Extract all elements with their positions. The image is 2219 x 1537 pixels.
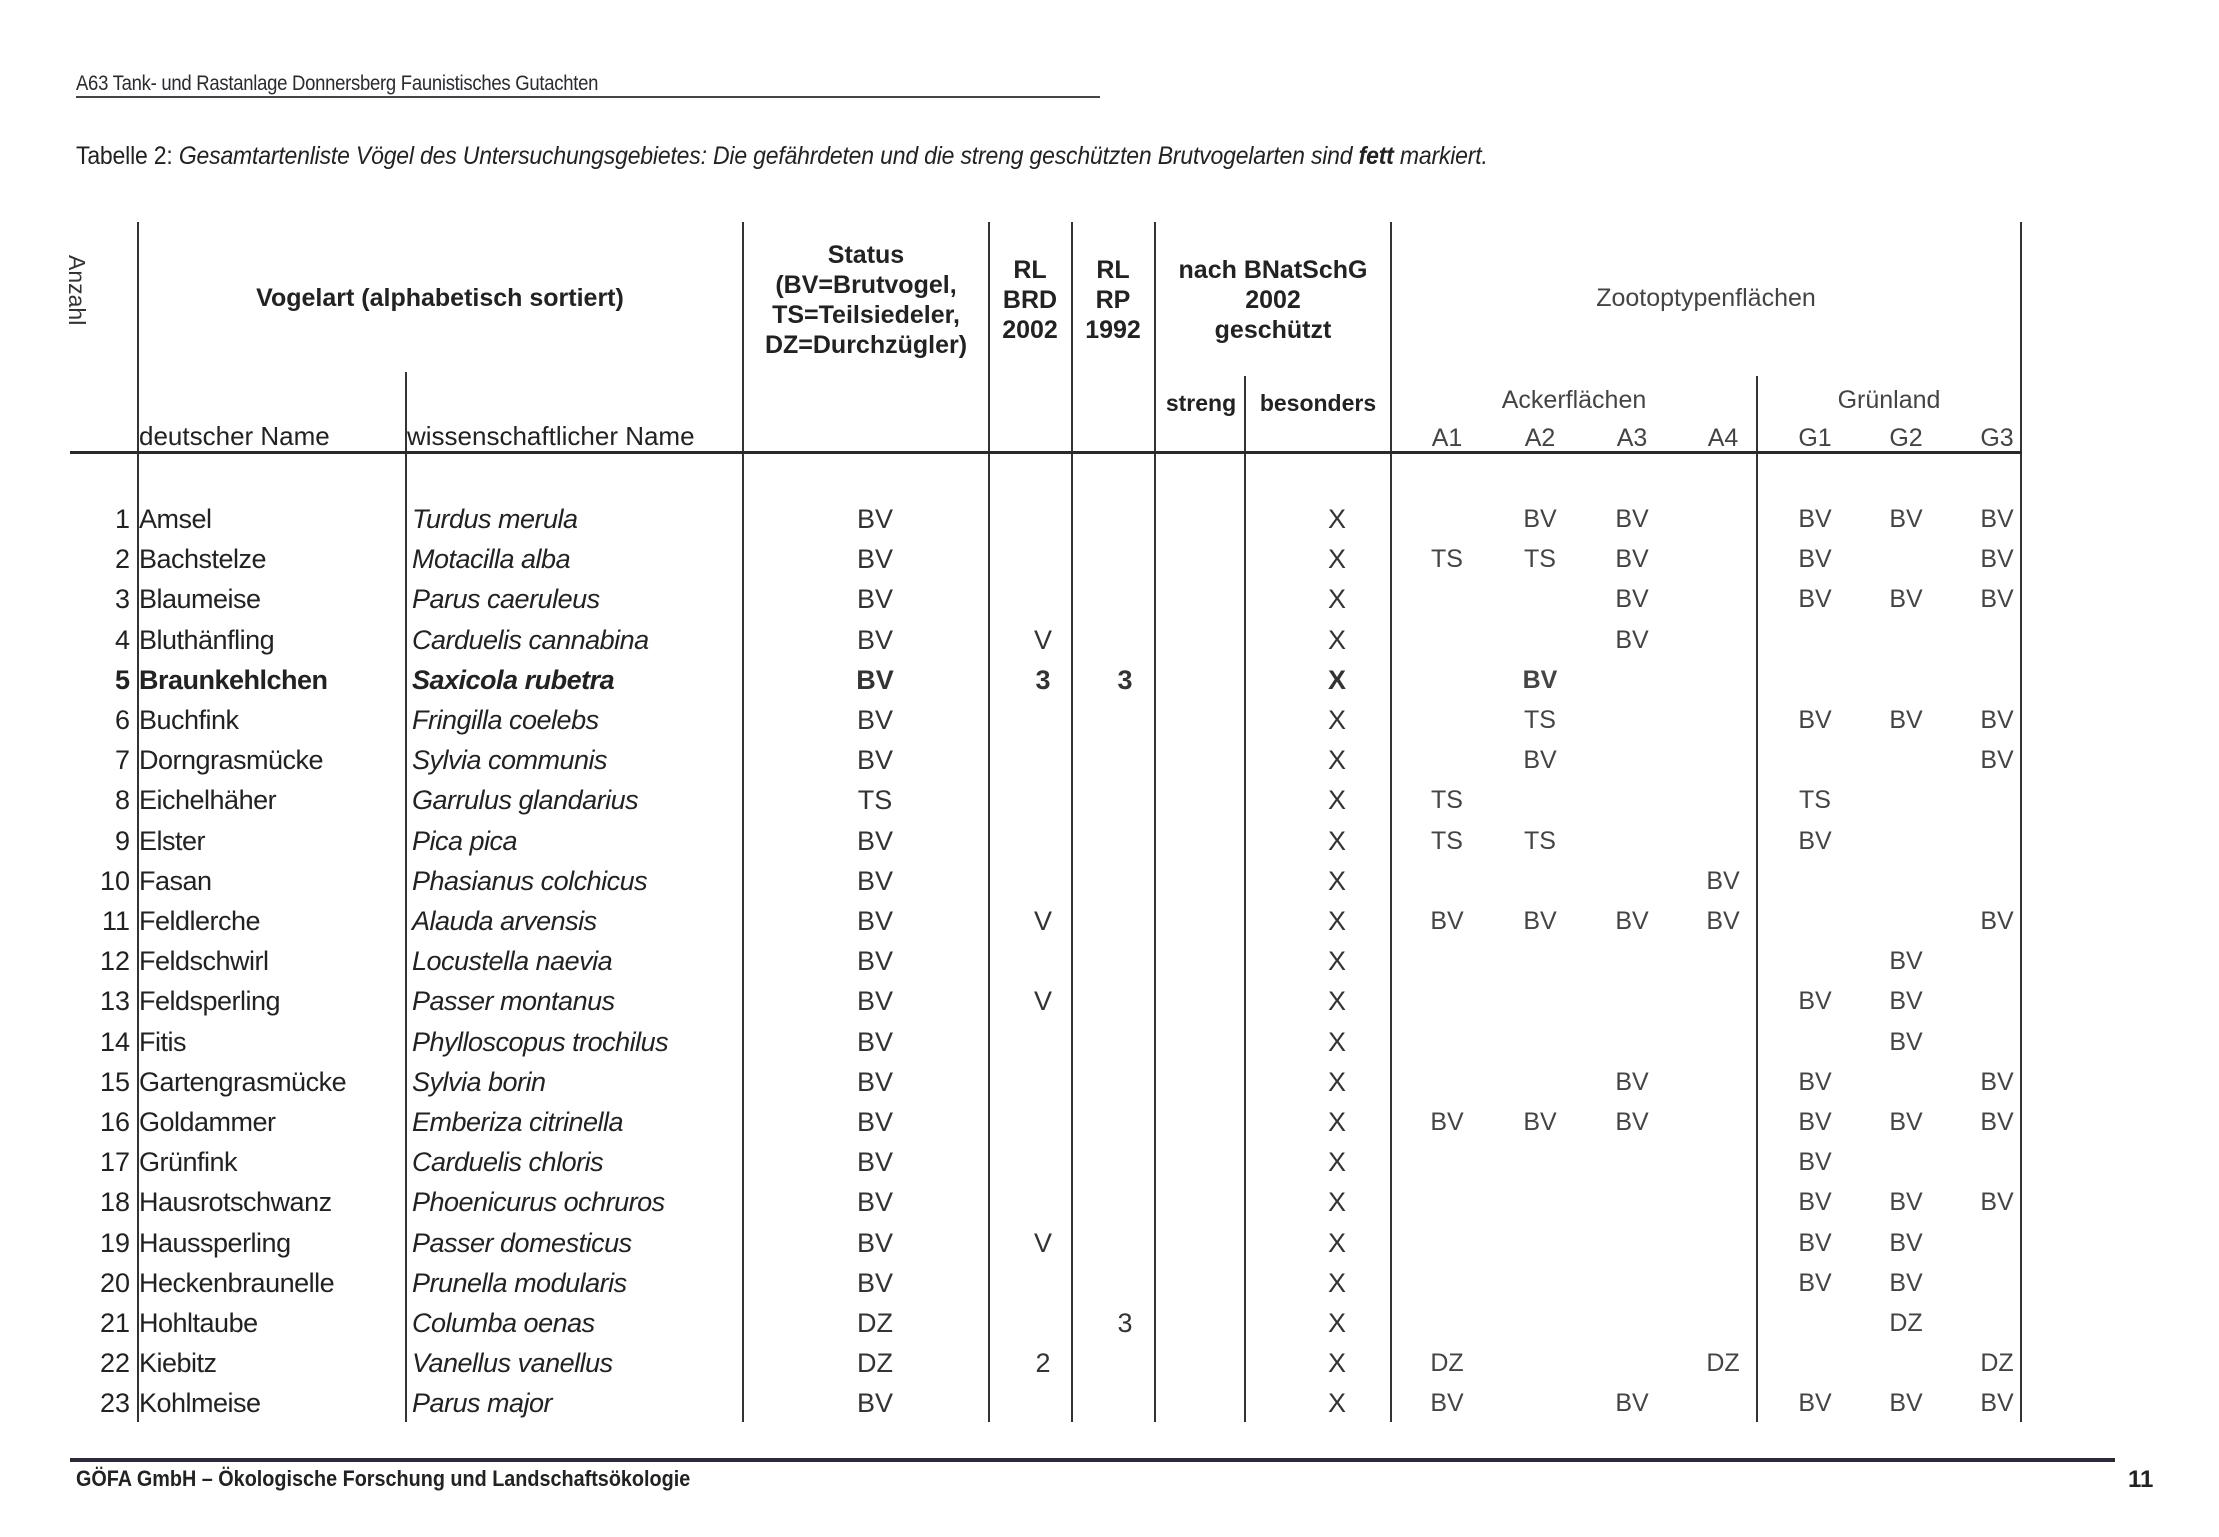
header-wissenschaftlicher-name: wissenschaftlicher Name bbox=[407, 421, 695, 452]
zone-a2-cell: TS bbox=[1500, 539, 1580, 579]
status-cell: BV bbox=[820, 901, 930, 941]
table-row: 12FeldschwirlLocustella naeviaBVXBV bbox=[0, 941, 2219, 981]
row-number-cell: 14 bbox=[70, 1022, 130, 1062]
zone-g3-cell: BV bbox=[1957, 901, 2037, 941]
zone-g1-cell: BV bbox=[1775, 700, 1855, 740]
header-zone-a2: A2 bbox=[1500, 424, 1580, 453]
table-row: 5BraunkehlchenSaxicola rubetraBV33XBV bbox=[0, 660, 2219, 700]
header-ackerflaechen: Ackerflächen bbox=[1392, 386, 1756, 415]
scientific-name-cell: Phoenicurus ochruros bbox=[412, 1182, 665, 1222]
footer-organization: GÖFA GmbH – Ökologische Forschung und La… bbox=[76, 1466, 690, 1492]
german-name-cell: Feldsperling bbox=[139, 981, 280, 1021]
zone-g1-cell: TS bbox=[1775, 780, 1855, 820]
scientific-name-cell: Emberiza citrinella bbox=[412, 1102, 623, 1142]
table-row: 20HeckenbraunellePrunella modularisBVXBV… bbox=[0, 1263, 2219, 1303]
status-cell: BV bbox=[820, 660, 930, 700]
besonders-cell: X bbox=[1262, 1343, 1412, 1383]
table-row: 1AmselTurdus merulaBVXBVBVBVBVBV bbox=[0, 499, 2219, 539]
besonders-cell: X bbox=[1262, 620, 1412, 660]
row-number-cell: 20 bbox=[70, 1263, 130, 1303]
zone-a2-cell: BV bbox=[1500, 1102, 1580, 1142]
rl-rp-cell: 3 bbox=[1085, 660, 1165, 700]
german-name-cell: Kohlmeise bbox=[139, 1383, 261, 1423]
table-row: 22KiebitzVanellus vanellusDZ2XDZDZDZ bbox=[0, 1343, 2219, 1383]
row-number-cell: 13 bbox=[70, 981, 130, 1021]
scientific-name-cell: Vanellus vanellus bbox=[412, 1343, 613, 1383]
status-cell: BV bbox=[820, 1062, 930, 1102]
zone-g3-cell: BV bbox=[1957, 740, 2037, 780]
german-name-cell: Hausrotschwanz bbox=[139, 1182, 332, 1222]
zone-a1-cell: TS bbox=[1407, 821, 1487, 861]
zone-a3-cell: BV bbox=[1592, 1383, 1672, 1423]
scientific-name-cell: Sylvia borin bbox=[412, 1062, 546, 1102]
row-number-cell: 10 bbox=[70, 861, 130, 901]
zone-g2-cell: BV bbox=[1866, 1223, 1946, 1263]
scientific-name-cell: Garrulus glandarius bbox=[412, 780, 638, 820]
zone-g1-cell: BV bbox=[1775, 1383, 1855, 1423]
zone-a3-cell: BV bbox=[1592, 579, 1672, 619]
besonders-cell: X bbox=[1262, 700, 1412, 740]
row-number-cell: 6 bbox=[70, 700, 130, 740]
table-caption: Tabelle 2: Gesamtartenliste Vögel des Un… bbox=[76, 142, 1488, 171]
zone-a1-cell: BV bbox=[1407, 901, 1487, 941]
besonders-cell: X bbox=[1262, 1062, 1412, 1102]
header-rl-brd-line1: RL bbox=[990, 255, 1070, 285]
header-zootop: Zootoptypenflächen bbox=[1392, 284, 2020, 313]
zone-a2-cell: BV bbox=[1500, 499, 1580, 539]
status-cell: BV bbox=[820, 1263, 930, 1303]
zone-g2-cell: BV bbox=[1866, 981, 1946, 1021]
german-name-cell: Bluthänfling bbox=[139, 620, 274, 660]
besonders-cell: X bbox=[1262, 981, 1412, 1021]
header-streng: streng bbox=[1158, 388, 1244, 418]
table-row: 15GartengrasmückeSylvia borinBVXBVBVBV bbox=[0, 1062, 2219, 1102]
zone-a1-cell: DZ bbox=[1407, 1343, 1487, 1383]
status-cell: BV bbox=[820, 1182, 930, 1222]
header-status-line4: DZ=Durchzügler) bbox=[744, 330, 988, 360]
header-rl-rp-line3: 1992 bbox=[1073, 315, 1153, 345]
header-rl-brd: RL BRD 2002 bbox=[990, 255, 1070, 345]
status-cell: DZ bbox=[820, 1303, 930, 1343]
status-cell: BV bbox=[820, 620, 930, 660]
header-deutscher-name: deutscher Name bbox=[139, 421, 330, 452]
table-row: 7DorngrasmückeSylvia communisBVXBVBV bbox=[0, 740, 2219, 780]
status-cell: BV bbox=[820, 1102, 930, 1142]
row-number-cell: 8 bbox=[70, 780, 130, 820]
row-number-cell: 12 bbox=[70, 941, 130, 981]
zone-a3-cell: BV bbox=[1592, 539, 1672, 579]
status-cell: BV bbox=[820, 1223, 930, 1263]
header-status-line3: TS=Teilsiedeler, bbox=[744, 300, 988, 330]
header-rl-brd-line2: BRD bbox=[990, 285, 1070, 315]
zone-g3-cell: BV bbox=[1957, 1102, 2037, 1142]
zone-g1-cell: BV bbox=[1775, 821, 1855, 861]
table-row: 19HaussperlingPasser domesticusBVVXBVBV bbox=[0, 1223, 2219, 1263]
german-name-cell: Hohltaube bbox=[139, 1303, 258, 1343]
header-zone-g3: G3 bbox=[1957, 424, 2037, 453]
status-cell: TS bbox=[820, 780, 930, 820]
german-name-cell: Bachstelze bbox=[139, 539, 266, 579]
rl-brd-cell: V bbox=[1003, 981, 1083, 1021]
scientific-name-cell: Parus caeruleus bbox=[412, 579, 600, 619]
german-name-cell: Dorngrasmücke bbox=[139, 740, 323, 780]
row-number-cell: 1 bbox=[70, 499, 130, 539]
zone-a4-cell: BV bbox=[1683, 901, 1763, 941]
scientific-name-cell: Columba oenas bbox=[412, 1303, 595, 1343]
caption-label: Tabelle 2: bbox=[76, 142, 179, 170]
besonders-cell: X bbox=[1262, 579, 1412, 619]
zone-g3-cell: DZ bbox=[1957, 1343, 2037, 1383]
table-row: 13FeldsperlingPasser montanusBVVXBVBV bbox=[0, 981, 2219, 1021]
scientific-name-cell: Parus major bbox=[412, 1383, 552, 1423]
row-number-cell: 18 bbox=[70, 1182, 130, 1222]
status-cell: BV bbox=[820, 1383, 930, 1423]
header-zone-g1: G1 bbox=[1775, 424, 1855, 453]
row-number-cell: 16 bbox=[70, 1102, 130, 1142]
besonders-cell: X bbox=[1262, 539, 1412, 579]
table-row: 6BuchfinkFringilla coelebsBVXTSBVBVBV bbox=[0, 700, 2219, 740]
german-name-cell: Gartengrasmücke bbox=[139, 1062, 346, 1102]
row-number-cell: 7 bbox=[70, 740, 130, 780]
zone-g1-cell: BV bbox=[1775, 1263, 1855, 1303]
zone-a1-cell: BV bbox=[1407, 1102, 1487, 1142]
besonders-cell: X bbox=[1262, 941, 1412, 981]
header-besonders: besonders bbox=[1246, 388, 1390, 418]
header-bnatschg-line3: geschützt bbox=[1156, 315, 1390, 345]
zone-a2-cell: TS bbox=[1500, 700, 1580, 740]
status-cell: BV bbox=[820, 1142, 930, 1182]
table-row: 18HausrotschwanzPhoenicurus ochrurosBVXB… bbox=[0, 1182, 2219, 1222]
besonders-cell: X bbox=[1262, 1303, 1412, 1343]
german-name-cell: Haussperling bbox=[139, 1223, 291, 1263]
table-row: 11FeldlercheAlauda arvensisBVVXBVBVBVBVB… bbox=[0, 901, 2219, 941]
header-rl-rp: RL RP 1992 bbox=[1073, 255, 1153, 345]
header-status-line1: Status bbox=[744, 240, 988, 270]
besonders-cell: X bbox=[1262, 660, 1412, 700]
table-row: 8EichelhäherGarrulus glandariusTSXTSTS bbox=[0, 780, 2219, 820]
german-name-cell: Fasan bbox=[139, 861, 212, 901]
header-zone-a3: A3 bbox=[1592, 424, 1672, 453]
german-name-cell: Feldlerche bbox=[139, 901, 260, 941]
header-gruenland: Grünland bbox=[1758, 386, 2020, 415]
scientific-name-cell: Carduelis chloris bbox=[412, 1142, 603, 1182]
german-name-cell: Kiebitz bbox=[139, 1343, 217, 1383]
zone-g3-cell: BV bbox=[1957, 1182, 2037, 1222]
german-name-cell: Braunkehlchen bbox=[139, 660, 328, 700]
zone-g1-cell: BV bbox=[1775, 539, 1855, 579]
zone-g3-cell: BV bbox=[1957, 700, 2037, 740]
zone-g1-cell: BV bbox=[1775, 1102, 1855, 1142]
zone-g3-cell: BV bbox=[1957, 579, 2037, 619]
zone-g2-cell: BV bbox=[1866, 1263, 1946, 1303]
scientific-name-cell: Motacilla alba bbox=[412, 539, 570, 579]
german-name-cell: Elster bbox=[139, 821, 205, 861]
scientific-name-cell: Turdus merula bbox=[412, 499, 578, 539]
row-number-cell: 9 bbox=[70, 821, 130, 861]
zone-g1-cell: BV bbox=[1775, 1062, 1855, 1102]
zone-g2-cell: DZ bbox=[1866, 1303, 1946, 1343]
scientific-name-cell: Phasianus colchicus bbox=[412, 861, 647, 901]
table-row: 16GoldammerEmberiza citrinellaBVXBVBVBVB… bbox=[0, 1102, 2219, 1142]
status-cell: BV bbox=[820, 1022, 930, 1062]
header-zone-a1: A1 bbox=[1407, 424, 1487, 453]
zone-g3-cell: BV bbox=[1957, 539, 2037, 579]
zone-a1-cell: BV bbox=[1407, 1383, 1487, 1423]
row-number-cell: 19 bbox=[70, 1223, 130, 1263]
table-row: 4BluthänflingCarduelis cannabinaBVVXBV bbox=[0, 620, 2219, 660]
besonders-cell: X bbox=[1262, 1263, 1412, 1303]
scientific-name-cell: Passer domesticus bbox=[412, 1223, 632, 1263]
zone-a3-cell: BV bbox=[1592, 499, 1672, 539]
footer-rule bbox=[70, 1458, 2115, 1462]
zone-g1-cell: BV bbox=[1775, 579, 1855, 619]
row-number-cell: 5 bbox=[70, 660, 130, 700]
scientific-name-cell: Phylloscopus trochilus bbox=[412, 1022, 668, 1062]
table-row: 21HohltaubeColumba oenasDZ3XDZ bbox=[0, 1303, 2219, 1343]
running-head: A63 Tank- und Rastanlage Donnersberg Fau… bbox=[76, 72, 598, 96]
zone-g2-cell: BV bbox=[1866, 1383, 1946, 1423]
header-rl-brd-line3: 2002 bbox=[990, 315, 1070, 345]
table-row: 2BachstelzeMotacilla albaBVXTSTSBVBVBV bbox=[0, 539, 2219, 579]
zone-a2-cell: TS bbox=[1500, 821, 1580, 861]
rl-brd-cell: 2 bbox=[1003, 1343, 1083, 1383]
row-number-cell: 23 bbox=[70, 1383, 130, 1423]
besonders-cell: X bbox=[1262, 1182, 1412, 1222]
besonders-cell: X bbox=[1262, 1102, 1412, 1142]
status-cell: BV bbox=[820, 740, 930, 780]
zone-g2-cell: BV bbox=[1866, 1022, 1946, 1062]
besonders-cell: X bbox=[1262, 1223, 1412, 1263]
besonders-cell: X bbox=[1262, 780, 1412, 820]
status-cell: BV bbox=[820, 941, 930, 981]
scientific-name-cell: Carduelis cannabina bbox=[412, 620, 649, 660]
header-status-line2: (BV=Brutvogel, bbox=[744, 270, 988, 300]
header-bnatschg-line2: 2002 bbox=[1156, 285, 1390, 315]
status-cell: BV bbox=[820, 499, 930, 539]
besonders-cell: X bbox=[1262, 499, 1412, 539]
row-number-cell: 3 bbox=[70, 579, 130, 619]
zone-g2-cell: BV bbox=[1866, 700, 1946, 740]
zone-a2-cell: BV bbox=[1500, 901, 1580, 941]
caption-text: Gesamtartenliste Vögel des Untersuchungs… bbox=[179, 142, 1359, 170]
zone-g2-cell: BV bbox=[1866, 941, 1946, 981]
zone-a4-cell: BV bbox=[1683, 861, 1763, 901]
scientific-name-cell: Fringilla coelebs bbox=[412, 700, 599, 740]
status-cell: BV bbox=[820, 821, 930, 861]
zone-a3-cell: BV bbox=[1592, 1102, 1672, 1142]
header-zone-g2: G2 bbox=[1866, 424, 1946, 453]
zone-a2-cell: BV bbox=[1500, 660, 1580, 700]
header-status: Status (BV=Brutvogel, TS=Teilsiedeler, D… bbox=[744, 240, 988, 360]
row-number-cell: 21 bbox=[70, 1303, 130, 1343]
scientific-name-cell: Prunella modularis bbox=[412, 1263, 627, 1303]
besonders-cell: X bbox=[1262, 901, 1412, 941]
rl-brd-cell: V bbox=[1003, 620, 1083, 660]
zone-g3-cell: BV bbox=[1957, 1383, 2037, 1423]
zone-g2-cell: BV bbox=[1866, 579, 1946, 619]
zone-a3-cell: BV bbox=[1592, 1062, 1672, 1102]
german-name-cell: Grünfink bbox=[139, 1142, 237, 1182]
row-number-cell: 15 bbox=[70, 1062, 130, 1102]
header-rl-rp-line2: RP bbox=[1073, 285, 1153, 315]
rl-brd-cell: V bbox=[1003, 901, 1083, 941]
header-zone-a4: A4 bbox=[1683, 424, 1763, 453]
table-row: 3BlaumeiseParus caeruleusBVXBVBVBVBV bbox=[0, 579, 2219, 619]
zone-g2-cell: BV bbox=[1866, 499, 1946, 539]
row-number-cell: 22 bbox=[70, 1343, 130, 1383]
table-row: 17GrünfinkCarduelis chlorisBVXBV bbox=[0, 1142, 2219, 1182]
status-cell: DZ bbox=[820, 1343, 930, 1383]
besonders-cell: X bbox=[1262, 1383, 1412, 1423]
header-rl-rp-line1: RL bbox=[1073, 255, 1153, 285]
status-cell: BV bbox=[820, 861, 930, 901]
zone-g1-cell: BV bbox=[1775, 499, 1855, 539]
status-cell: BV bbox=[820, 579, 930, 619]
row-number-cell: 11 bbox=[70, 901, 130, 941]
besonders-cell: X bbox=[1262, 740, 1412, 780]
scientific-name-cell: Pica pica bbox=[412, 821, 517, 861]
german-name-cell: Fitis bbox=[139, 1022, 186, 1062]
scientific-name-cell: Alauda arvensis bbox=[412, 901, 597, 941]
status-cell: BV bbox=[820, 981, 930, 1021]
zone-g1-cell: BV bbox=[1775, 1223, 1855, 1263]
running-head-rule bbox=[76, 96, 1100, 98]
zone-a2-cell: BV bbox=[1500, 740, 1580, 780]
zone-a4-cell: DZ bbox=[1683, 1343, 1763, 1383]
zone-g1-cell: BV bbox=[1775, 981, 1855, 1021]
table-row: 23KohlmeiseParus majorBVXBVBVBVBVBV bbox=[0, 1383, 2219, 1423]
german-name-cell: Heckenbraunelle bbox=[139, 1263, 334, 1303]
besonders-cell: X bbox=[1262, 861, 1412, 901]
rl-rp-cell: 3 bbox=[1085, 1303, 1165, 1343]
table-row: 10FasanPhasianus colchicusBVXBV bbox=[0, 861, 2219, 901]
zone-g2-cell: BV bbox=[1866, 1102, 1946, 1142]
status-cell: BV bbox=[820, 539, 930, 579]
zone-g3-cell: BV bbox=[1957, 499, 2037, 539]
zone-g1-cell: BV bbox=[1775, 1182, 1855, 1222]
scientific-name-cell: Saxicola rubetra bbox=[412, 660, 614, 700]
german-name-cell: Goldammer bbox=[139, 1102, 276, 1142]
row-number-cell: 2 bbox=[70, 539, 130, 579]
header-anzahl: Anzahl bbox=[63, 255, 90, 325]
zone-a1-cell: TS bbox=[1407, 539, 1487, 579]
scientific-name-cell: Locustella naevia bbox=[412, 941, 612, 981]
german-name-cell: Blaumeise bbox=[139, 579, 261, 619]
rl-brd-cell: V bbox=[1003, 1223, 1083, 1263]
header-vogelart: Vogelart (alphabetisch sortiert) bbox=[140, 283, 740, 313]
besonders-cell: X bbox=[1262, 1022, 1412, 1062]
german-name-cell: Amsel bbox=[139, 499, 212, 539]
zone-a3-cell: BV bbox=[1592, 901, 1672, 941]
besonders-cell: X bbox=[1262, 821, 1412, 861]
table-row: 14FitisPhylloscopus trochilusBVXBV bbox=[0, 1022, 2219, 1062]
zone-g3-cell: BV bbox=[1957, 1062, 2037, 1102]
header-bnatschg-line1: nach BNatSchG bbox=[1156, 255, 1390, 285]
caption-text-end: markiert. bbox=[1394, 142, 1488, 170]
zone-g1-cell: BV bbox=[1775, 1142, 1855, 1182]
scientific-name-cell: Passer montanus bbox=[412, 981, 615, 1021]
german-name-cell: Buchfink bbox=[139, 700, 239, 740]
zone-a3-cell: BV bbox=[1592, 620, 1672, 660]
scientific-name-cell: Sylvia communis bbox=[412, 740, 607, 780]
header-bnatschg: nach BNatSchG 2002 geschützt bbox=[1156, 255, 1390, 345]
row-number-cell: 17 bbox=[70, 1142, 130, 1182]
rl-brd-cell: 3 bbox=[1003, 660, 1083, 700]
besonders-cell: X bbox=[1262, 1142, 1412, 1182]
caption-bold: fett bbox=[1359, 142, 1394, 170]
table-row: 9ElsterPica picaBVXTSTSBV bbox=[0, 821, 2219, 861]
german-name-cell: Feldschwirl bbox=[139, 941, 269, 981]
zone-g2-cell: BV bbox=[1866, 1182, 1946, 1222]
status-cell: BV bbox=[820, 700, 930, 740]
zone-a1-cell: TS bbox=[1407, 780, 1487, 820]
page-number: 11 bbox=[2128, 1466, 2153, 1494]
row-number-cell: 4 bbox=[70, 620, 130, 660]
german-name-cell: Eichelhäher bbox=[139, 780, 276, 820]
